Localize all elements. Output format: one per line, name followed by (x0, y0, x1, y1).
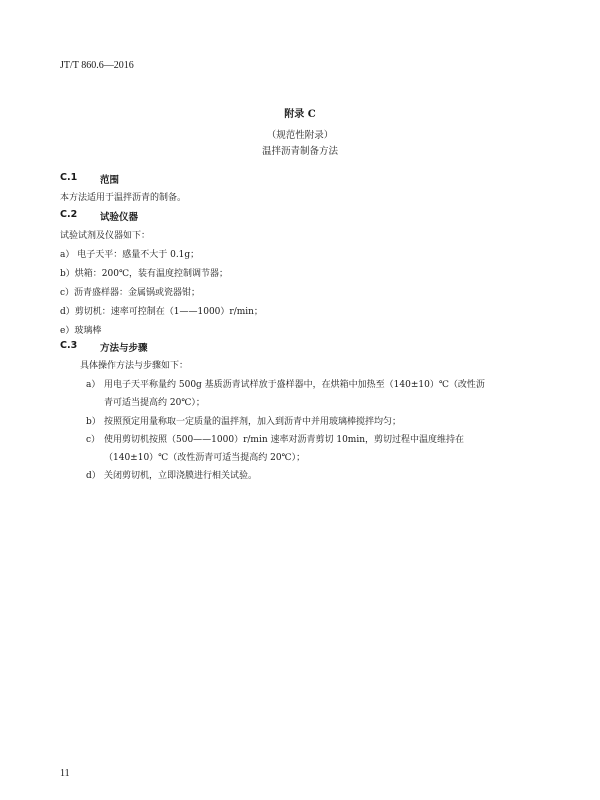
section-body: 本方法适用于温拌沥青的制备。 (60, 190, 186, 203)
section-intro: 试验试剂及仪器如下： (60, 228, 150, 241)
step-label: d） (86, 468, 101, 481)
standard-code: JT/T 860.6—2016 (60, 60, 134, 71)
list-item: d）剪切机：速率可控制在（1——1000）r/min； (60, 304, 263, 317)
step-label: b） (86, 414, 101, 427)
section-number: C.1 (60, 172, 77, 183)
section-title: 方法与步骤 (100, 340, 148, 354)
section-title: 试验仪器 (100, 209, 138, 223)
appendix-title: 附录 C (0, 105, 600, 120)
step-label: c） (86, 432, 100, 445)
section-title: 范围 (100, 172, 119, 186)
step-label: a） (86, 377, 100, 390)
step-text-cont: 青可适当提高约 20℃）； (104, 395, 205, 408)
step-text: 用电子天平称量约 500g 基质沥青试样放于盛样器中，在烘箱中加热至（140±1… (104, 377, 485, 390)
list-item: c）沥青盛样器：金属锅或瓷器钳； (60, 285, 200, 298)
step-text: 使用剪切机按照（500——1000）r/min 速率对沥青剪切 10min，剪切… (104, 432, 464, 445)
step-text: 关闭剪切机，立即浇膜进行相关试验。 (104, 468, 257, 481)
list-item: b）烘箱：200℃，装有温度控制调节器； (60, 266, 228, 279)
section-number: C.3 (60, 340, 77, 351)
appendix-type: （规范性附录） (0, 127, 600, 141)
list-item: a） 电子天平：感量不大于 0.1g； (60, 247, 199, 260)
step-text: 按照预定用量称取一定质量的温拌剂，加入到沥青中并用玻璃棒搅拌均匀； (104, 414, 401, 427)
appendix-name: 温拌沥青制备方法 (0, 143, 600, 157)
list-item: e）玻璃棒 (60, 323, 101, 336)
page-number: 11 (60, 768, 70, 779)
section-number: C.2 (60, 209, 77, 220)
step-text-cont: （140±10）℃（改性沥青可适当提高约 20℃）； (104, 450, 305, 463)
section-intro: 具体操作方法与步骤如下： (80, 358, 188, 371)
